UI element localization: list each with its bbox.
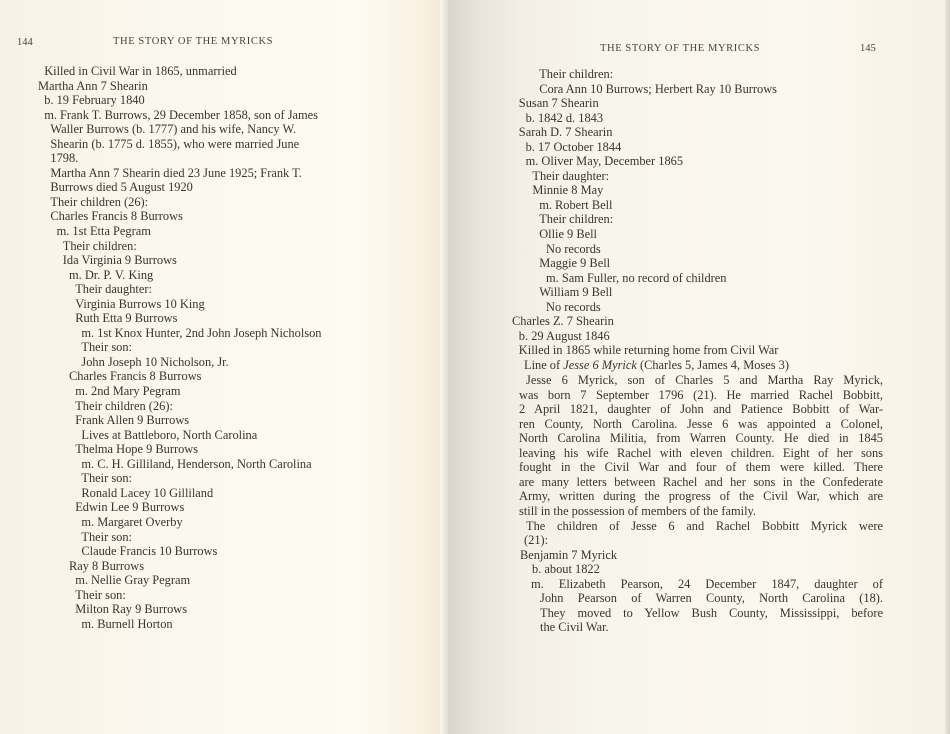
line-of-suffix: (Charles 5, James 4, Moses 3) [637, 358, 789, 372]
text-line: Cora Ann 10 Burrows; Herbert Ray 10 Burr… [448, 82, 778, 97]
text-line: Claude Francis 10 Burrows [0, 544, 321, 559]
right-page: THE STORY OF THE MYRICKS 145 Their child… [448, 0, 950, 734]
text-line: m. 1st Knox Hunter, 2nd John Joseph Nich… [0, 326, 321, 341]
paragraph-line: m. Elizabeth Pearson, 24 December 1847, … [531, 577, 883, 592]
text-line: m. Sam Fuller, no record of children [448, 271, 778, 286]
paragraph-line: John Pearson of Warren County, North Car… [531, 591, 883, 606]
text-line: Virginia Burrows 10 King [0, 297, 321, 312]
running-head-left: THE STORY OF THE MYRICKS [113, 36, 273, 47]
text-line: Their children: [448, 212, 778, 227]
text-line: m. Margaret Overby [0, 515, 321, 530]
text-line: m. 2nd Mary Pegram [0, 384, 321, 399]
text-line: Killed in 1865 while returning home from… [448, 343, 778, 358]
text-line: Maggie 9 Bell [448, 256, 778, 271]
paragraph-line: Jesse 6 Myrick, son of Charles 5 and Mar… [519, 373, 883, 388]
text-line: m. Dr. P. V. King [0, 268, 321, 283]
page-number-left: 144 [17, 37, 33, 48]
text-line: Edwin Lee 9 Burrows [0, 500, 321, 515]
text-line: Charles Francis 8 Burrows [0, 209, 321, 224]
text-line: Waller Burrows (b. 1777) and his wife, N… [0, 122, 321, 137]
text-line: b. 1842 d. 1843 [448, 111, 778, 126]
text-line: Thelma Hope 9 Burrows [0, 442, 321, 457]
text-line: Their son: [0, 471, 321, 486]
text-line: Their children (26): [0, 195, 321, 210]
text-line: Susan 7 Shearin [448, 96, 778, 111]
children-intro-paragraph: The children of Jesse 6 and Rachel Bobbi… [519, 519, 883, 548]
paragraph-line: (21): [519, 533, 883, 548]
left-page-text: Killed in Civil War in 1865, unmarriedMa… [0, 64, 321, 631]
paragraph-line: was born 7 September 1796 (21). He marri… [519, 388, 883, 403]
book-spread: 144 THE STORY OF THE MYRICKS Killed in C… [0, 0, 950, 734]
text-line: Lives at Battleboro, North Carolina [0, 428, 321, 443]
text-line: Charles Francis 8 Burrows [0, 369, 321, 384]
paragraph-line: 2 April 1821, daughter of John and Patie… [519, 402, 883, 417]
jesse-myrick-paragraph: Jesse 6 Myrick, son of Charles 5 and Mar… [519, 373, 883, 518]
text-line: Their daughter: [0, 282, 321, 297]
text-line: Sarah D. 7 Shearin [448, 125, 778, 140]
paragraph-line: The children of Jesse 6 and Rachel Bobbi… [519, 519, 883, 534]
paragraph-line: still in the possession of members of th… [519, 504, 883, 519]
line-of-italic-name: Jesse 6 Myrick [563, 358, 637, 372]
text-line: m. Frank T. Burrows, 29 December 1858, s… [0, 108, 321, 123]
text-line: Milton Ray 9 Burrows [0, 602, 321, 617]
left-page: 144 THE STORY OF THE MYRICKS Killed in C… [0, 0, 448, 734]
text-line: m. Burnell Horton [0, 617, 321, 632]
text-line: Ida Virginia 9 Burrows [0, 253, 321, 268]
text-line: Ruth Etta 9 Burrows [0, 311, 321, 326]
text-line: b. 17 October 1844 [448, 140, 778, 155]
text-line: 1798. [0, 151, 321, 166]
text-line: No records [448, 242, 778, 257]
text-line: William 9 Bell [448, 285, 778, 300]
text-line: Burrows died 5 August 1920 [0, 180, 321, 195]
text-line: m. C. H. Gilliland, Henderson, North Car… [0, 457, 321, 472]
paragraph-line: are many letters between Rachel and her … [519, 475, 883, 490]
paragraph-line: the Civil War. [531, 620, 883, 635]
text-line: Ronald Lacey 10 Gilliland [0, 486, 321, 501]
text-line: Their son: [0, 530, 321, 545]
text-line: Their son: [0, 340, 321, 355]
text-line: Killed in Civil War in 1865, unmarried [0, 64, 321, 79]
text-line: Shearin (b. 1775 d. 1855), who were marr… [0, 137, 321, 152]
text-line: Ollie 9 Bell [448, 227, 778, 242]
text-line: Their son: [0, 588, 321, 603]
text-line: John Joseph 10 Nicholson, Jr. [0, 355, 321, 370]
text-line: Their children (26): [0, 399, 321, 414]
benjamin-entry: Benjamin 7 Myrick b. about 1822 [520, 548, 617, 577]
paragraph-line: They moved to Yellow Bush County, Missis… [531, 606, 883, 621]
text-line: Frank Allen 9 Burrows [0, 413, 321, 428]
right-page-genealogy: Their children:Cora Ann 10 Burrows; Herb… [448, 67, 778, 358]
paragraph-line: Army, written during the progress of the… [519, 489, 883, 504]
text-line: Minnie 8 May [448, 183, 778, 198]
paragraph-line: ren County, North Carolina. Jesse 6 was … [519, 417, 883, 432]
text-line: Their children: [448, 67, 778, 82]
benjamin-name: Benjamin 7 Myrick [520, 548, 617, 563]
page-edge [945, 0, 950, 734]
text-line: m. 1st Etta Pegram [0, 224, 321, 239]
paragraph-line: fought in the Civil War and four of them… [519, 460, 883, 475]
text-line: Martha Ann 7 Shearin [0, 79, 321, 94]
text-line: Ray 8 Burrows [0, 559, 321, 574]
text-line: m. Robert Bell [448, 198, 778, 213]
line-of-heading: Line of Jesse 6 Myrick (Charles 5, James… [524, 358, 789, 373]
text-line: b. 29 August 1846 [448, 329, 778, 344]
text-line: Their daughter: [448, 169, 778, 184]
page-number-right: 145 [860, 43, 876, 54]
text-line: m. Oliver May, December 1865 [448, 154, 778, 169]
benjamin-married: m. Elizabeth Pearson, 24 December 1847, … [531, 577, 883, 635]
text-line: Their children: [0, 239, 321, 254]
line-of-prefix: Line of [524, 358, 563, 372]
paragraph-line: leaving his wife Rachel with eleven chil… [519, 446, 883, 461]
text-line: Charles Z. 7 Shearin [448, 314, 778, 329]
benjamin-born: b. about 1822 [520, 562, 617, 577]
text-line: m. Nellie Gray Pegram [0, 573, 321, 588]
text-line: b. 19 February 1840 [0, 93, 321, 108]
text-line: Martha Ann 7 Shearin died 23 June 1925; … [0, 166, 321, 181]
paragraph-line: North Carolina Militia, from Warren Coun… [519, 431, 883, 446]
running-head-right: THE STORY OF THE MYRICKS [600, 43, 760, 54]
text-line: No records [448, 300, 778, 315]
